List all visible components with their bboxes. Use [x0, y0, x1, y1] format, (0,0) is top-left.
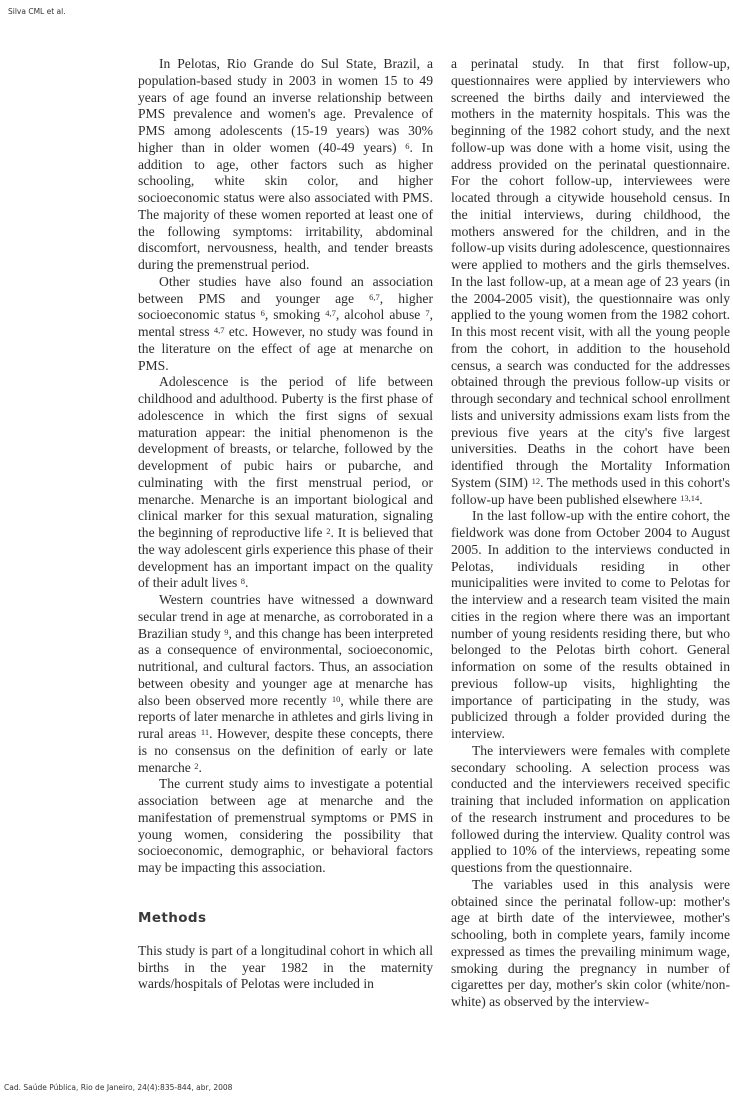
citation[interactable]: 11 — [201, 727, 209, 737]
paragraph-fieldwork: In the last follow-up with the entire co… — [451, 508, 730, 743]
right-column: a perinatal study. In that first follow-… — [451, 56, 730, 1011]
paragraph-study-aim: The current study aims to investigate a … — [138, 776, 433, 877]
paragraph-other-studies: Other studies have also found an associa… — [138, 274, 433, 375]
paragraph-interviewers: The interviewers were females with compl… — [451, 743, 730, 877]
paragraph-perinatal-study: a perinatal study. In that first follow-… — [451, 56, 730, 508]
paragraph-pelotas-study: In Pelotas, Rio Grande do Sul State, Bra… — [138, 56, 433, 274]
paragraph-methods-intro: This study is part of a longitudinal coh… — [138, 943, 433, 993]
citation[interactable]: 13,14 — [680, 493, 699, 503]
citation[interactable]: 4,7 — [325, 308, 336, 318]
footer-citation: Cad. Saúde Pública, Rio de Janeiro, 24(4… — [4, 1083, 232, 1092]
section-heading-methods: Methods — [138, 910, 433, 926]
running-head: Silva CML et al. — [8, 7, 66, 16]
citation[interactable]: 12 — [532, 476, 541, 486]
citation[interactable]: 6,7 — [369, 292, 380, 302]
paragraph-western-countries: Western countries have witnessed a downw… — [138, 592, 433, 776]
paragraph-variables: The variables used in this analysis were… — [451, 877, 730, 1011]
citation[interactable]: 4,7 — [214, 325, 225, 335]
paragraph-adolescence: Adolescence is the period of life betwee… — [138, 374, 433, 592]
left-column: In Pelotas, Rio Grande do Sul State, Bra… — [138, 56, 433, 993]
